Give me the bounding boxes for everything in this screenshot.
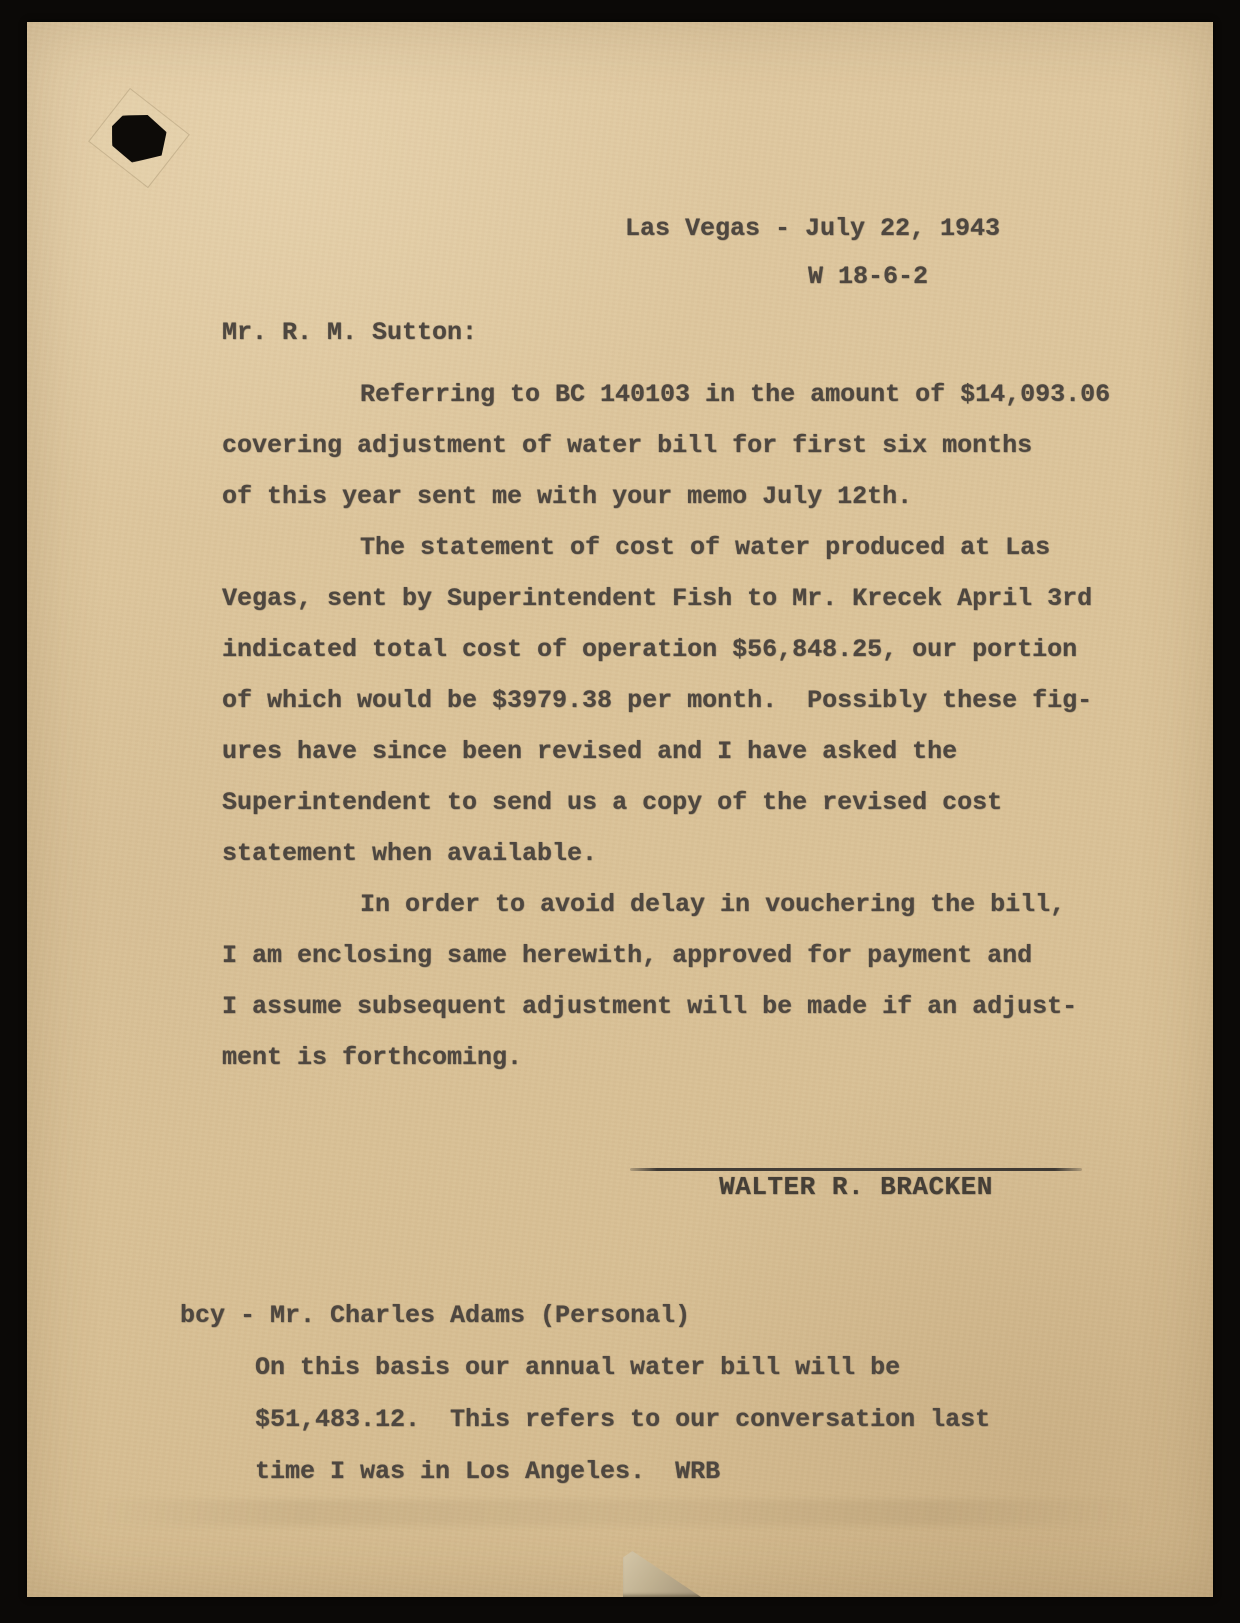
dateline: Las Vegas - July 22, 1943 [625,214,1000,243]
typed-line: I am enclosing same herewith, approved f… [222,930,1110,981]
typed-line: Superintendent to send us a copy of the … [222,777,1110,828]
signature-block: WALTER R. BRACKEN [630,1168,1082,1202]
typed-line: of which would be $3979.38 per month. Po… [222,675,1110,726]
letter-body: Referring to BC 140103 in the amount of … [222,369,1110,1083]
typed-line: of this year sent me with your memo July… [222,471,1110,522]
typed-line: In order to avoid delay in vouchering th… [222,879,1110,930]
typed-line: Referring to BC 140103 in the amount of … [222,369,1110,420]
typed-line: Vegas, sent by Superintendent Fish to Mr… [222,573,1110,624]
typed-line: On this basis our annual water bill will… [180,1342,990,1394]
typed-line: ment is forthcoming. [222,1032,1110,1083]
scanner-background: Las Vegas - July 22, 1943 W 18-6-2 Mr. R… [0,0,1240,1623]
typed-line: I assume subsequent adjustment will be m… [222,981,1110,1032]
typed-line: statement when available. [222,828,1110,879]
corner-tear [623,1551,701,1597]
postscript-block: bcy - Mr. Charles Adams (Personal) On th… [180,1290,990,1498]
reference-number: W 18-6-2 [808,262,928,291]
typed-line: The statement of cost of water produced … [222,522,1110,573]
typed-line: indicated total cost of operation $56,84… [222,624,1110,675]
cc-line: bcy - Mr. Charles Adams (Personal) [180,1290,990,1342]
salutation: Mr. R. M. Sutton: [222,318,477,347]
paper-smudge [87,1500,1147,1526]
typed-line: ures have since been revised and I have … [222,726,1110,777]
signature-rule [630,1168,1082,1171]
typed-line: covering adjustment of water bill for fi… [222,420,1110,471]
typed-line: time I was in Los Angeles. WRB [180,1446,990,1498]
typed-line: $51,483.12. This refers to our conversat… [180,1394,990,1446]
document-page: Las Vegas - July 22, 1943 W 18-6-2 Mr. R… [27,22,1213,1597]
signature-name: WALTER R. BRACKEN [630,1172,1082,1202]
